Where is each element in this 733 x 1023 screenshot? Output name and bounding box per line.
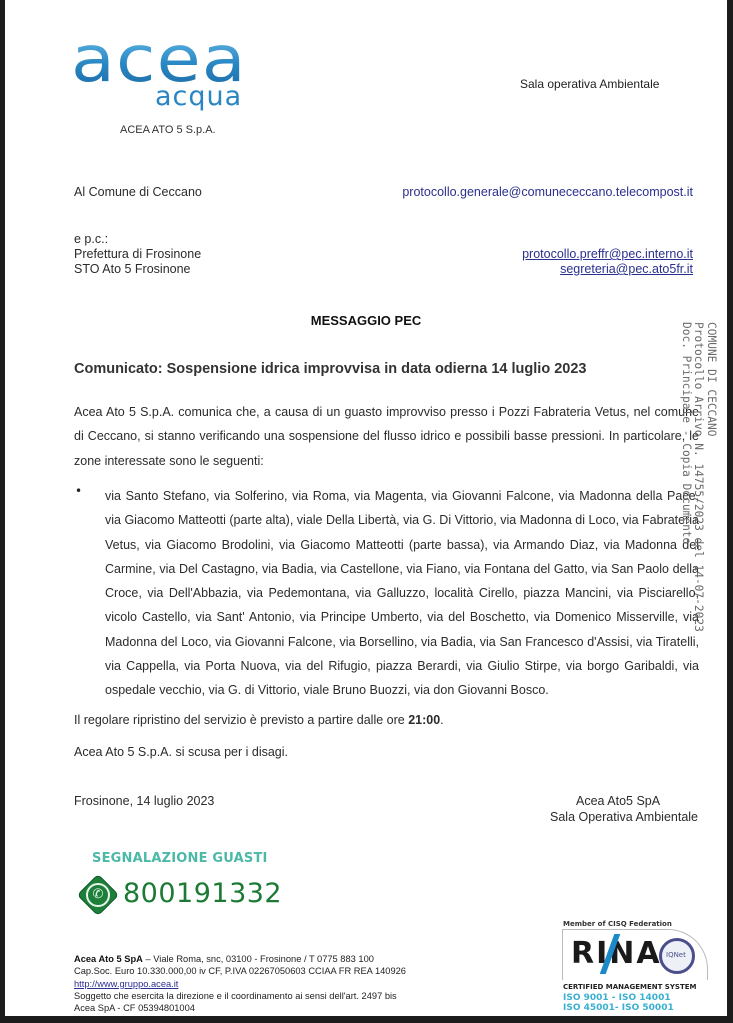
acea-logo-subbrand: acqua — [155, 82, 242, 112]
company-name: ACEA ATO 5 S.p.A. — [120, 124, 216, 136]
signature-company: Acea Ato5 SpA — [576, 794, 660, 808]
signature-department: Sala Operativa Ambientale — [550, 810, 698, 824]
document-type-title: MESSAGGIO PEC — [5, 313, 727, 328]
hotline-number[interactable]: 800191332 — [123, 878, 282, 909]
restore-text: Il regolare ripristino del servizio è pr… — [74, 713, 408, 727]
cc-email-prefettura[interactable]: protocollo.preffr@pec.interno.it — [522, 247, 693, 261]
iso-line-2: ISO 45001- ISO 50001 — [563, 1003, 674, 1013]
stamp-line-1: COMUNE DI CECCANO — [705, 322, 718, 632]
place-date: Frosinone, 14 luglio 2023 — [74, 794, 214, 808]
certified-management-label: CERTIFIED MANAGEMENT SYSTEM — [563, 983, 696, 991]
footer-company-info: Acea Ato 5 SpA – Viale Roma, snc, 03100 … — [74, 953, 406, 1014]
restore-notice: Il regolare ripristino del servizio è pr… — [74, 713, 444, 727]
letter-page: acea acqua ACEA ATO 5 S.p.A. Sala operat… — [5, 0, 727, 1016]
iqnet-seal-icon: IQNet — [659, 938, 695, 974]
iso-line-1: ISO 9001 - ISO 14001 — [563, 993, 671, 1003]
cc-recipient-sto: STO Ato 5 Frosinone — [74, 262, 191, 276]
cc-email-sto[interactable]: segreteria@pec.ato5fr.it — [560, 262, 693, 276]
affected-streets-list: via Santo Stefano, via Solferino, via Ro… — [105, 484, 699, 703]
cc-recipient-prefettura: Prefettura di Frosinone — [74, 247, 201, 261]
protocol-stamp: COMUNE DI CECCANOProtocollo Arrivo N. 14… — [680, 322, 718, 632]
stamp-line-2: Protocollo Arrivo N. 14755/2023 del 14-0… — [692, 322, 705, 632]
footer-direction: Soggetto che esercita la direzione e il … — [74, 990, 406, 1002]
footer-website-link[interactable]: http://www.gruppo.acea.it — [74, 978, 406, 990]
footer-capital: Cap.Soc. Euro 10.330.000,00 iv CF, P.IVA… — [74, 965, 406, 977]
document-subject: Comunicato: Sospensione idrica improvvis… — [74, 361, 586, 377]
department-header: Sala operativa Ambientale — [520, 77, 659, 91]
cc-label: e p.c.: — [74, 232, 108, 246]
recipient-primary-email[interactable]: protocollo.generale@comunececcano.teleco… — [402, 185, 693, 199]
hotline-label: SEGNALAZIONE GUASTI — [92, 851, 268, 866]
recipient-primary: Al Comune di Ceccano — [74, 185, 202, 199]
bullet-icon: • — [75, 484, 82, 498]
phone-icon: ✆ — [86, 883, 110, 907]
footer-address: – Viale Roma, snc, 03100 - Frosinone / T… — [143, 954, 374, 964]
restore-suffix: . — [440, 713, 443, 727]
footer-company-name: Acea Ato 5 SpA — [74, 954, 143, 964]
stamp-line-3: Doc. Principale - Copia Documento — [680, 322, 693, 632]
footer-parent: Acea SpA - CF 05394801004 — [74, 1002, 406, 1014]
apology-text: Acea Ato 5 S.p.A. si scusa per i disagi. — [74, 745, 288, 759]
intro-paragraph: Acea Ato 5 S.p.A. comunica che, a causa … — [74, 400, 699, 473]
cisq-member-label: Member of CISQ Federation — [563, 920, 672, 928]
restore-time: 21:00 — [408, 713, 440, 727]
